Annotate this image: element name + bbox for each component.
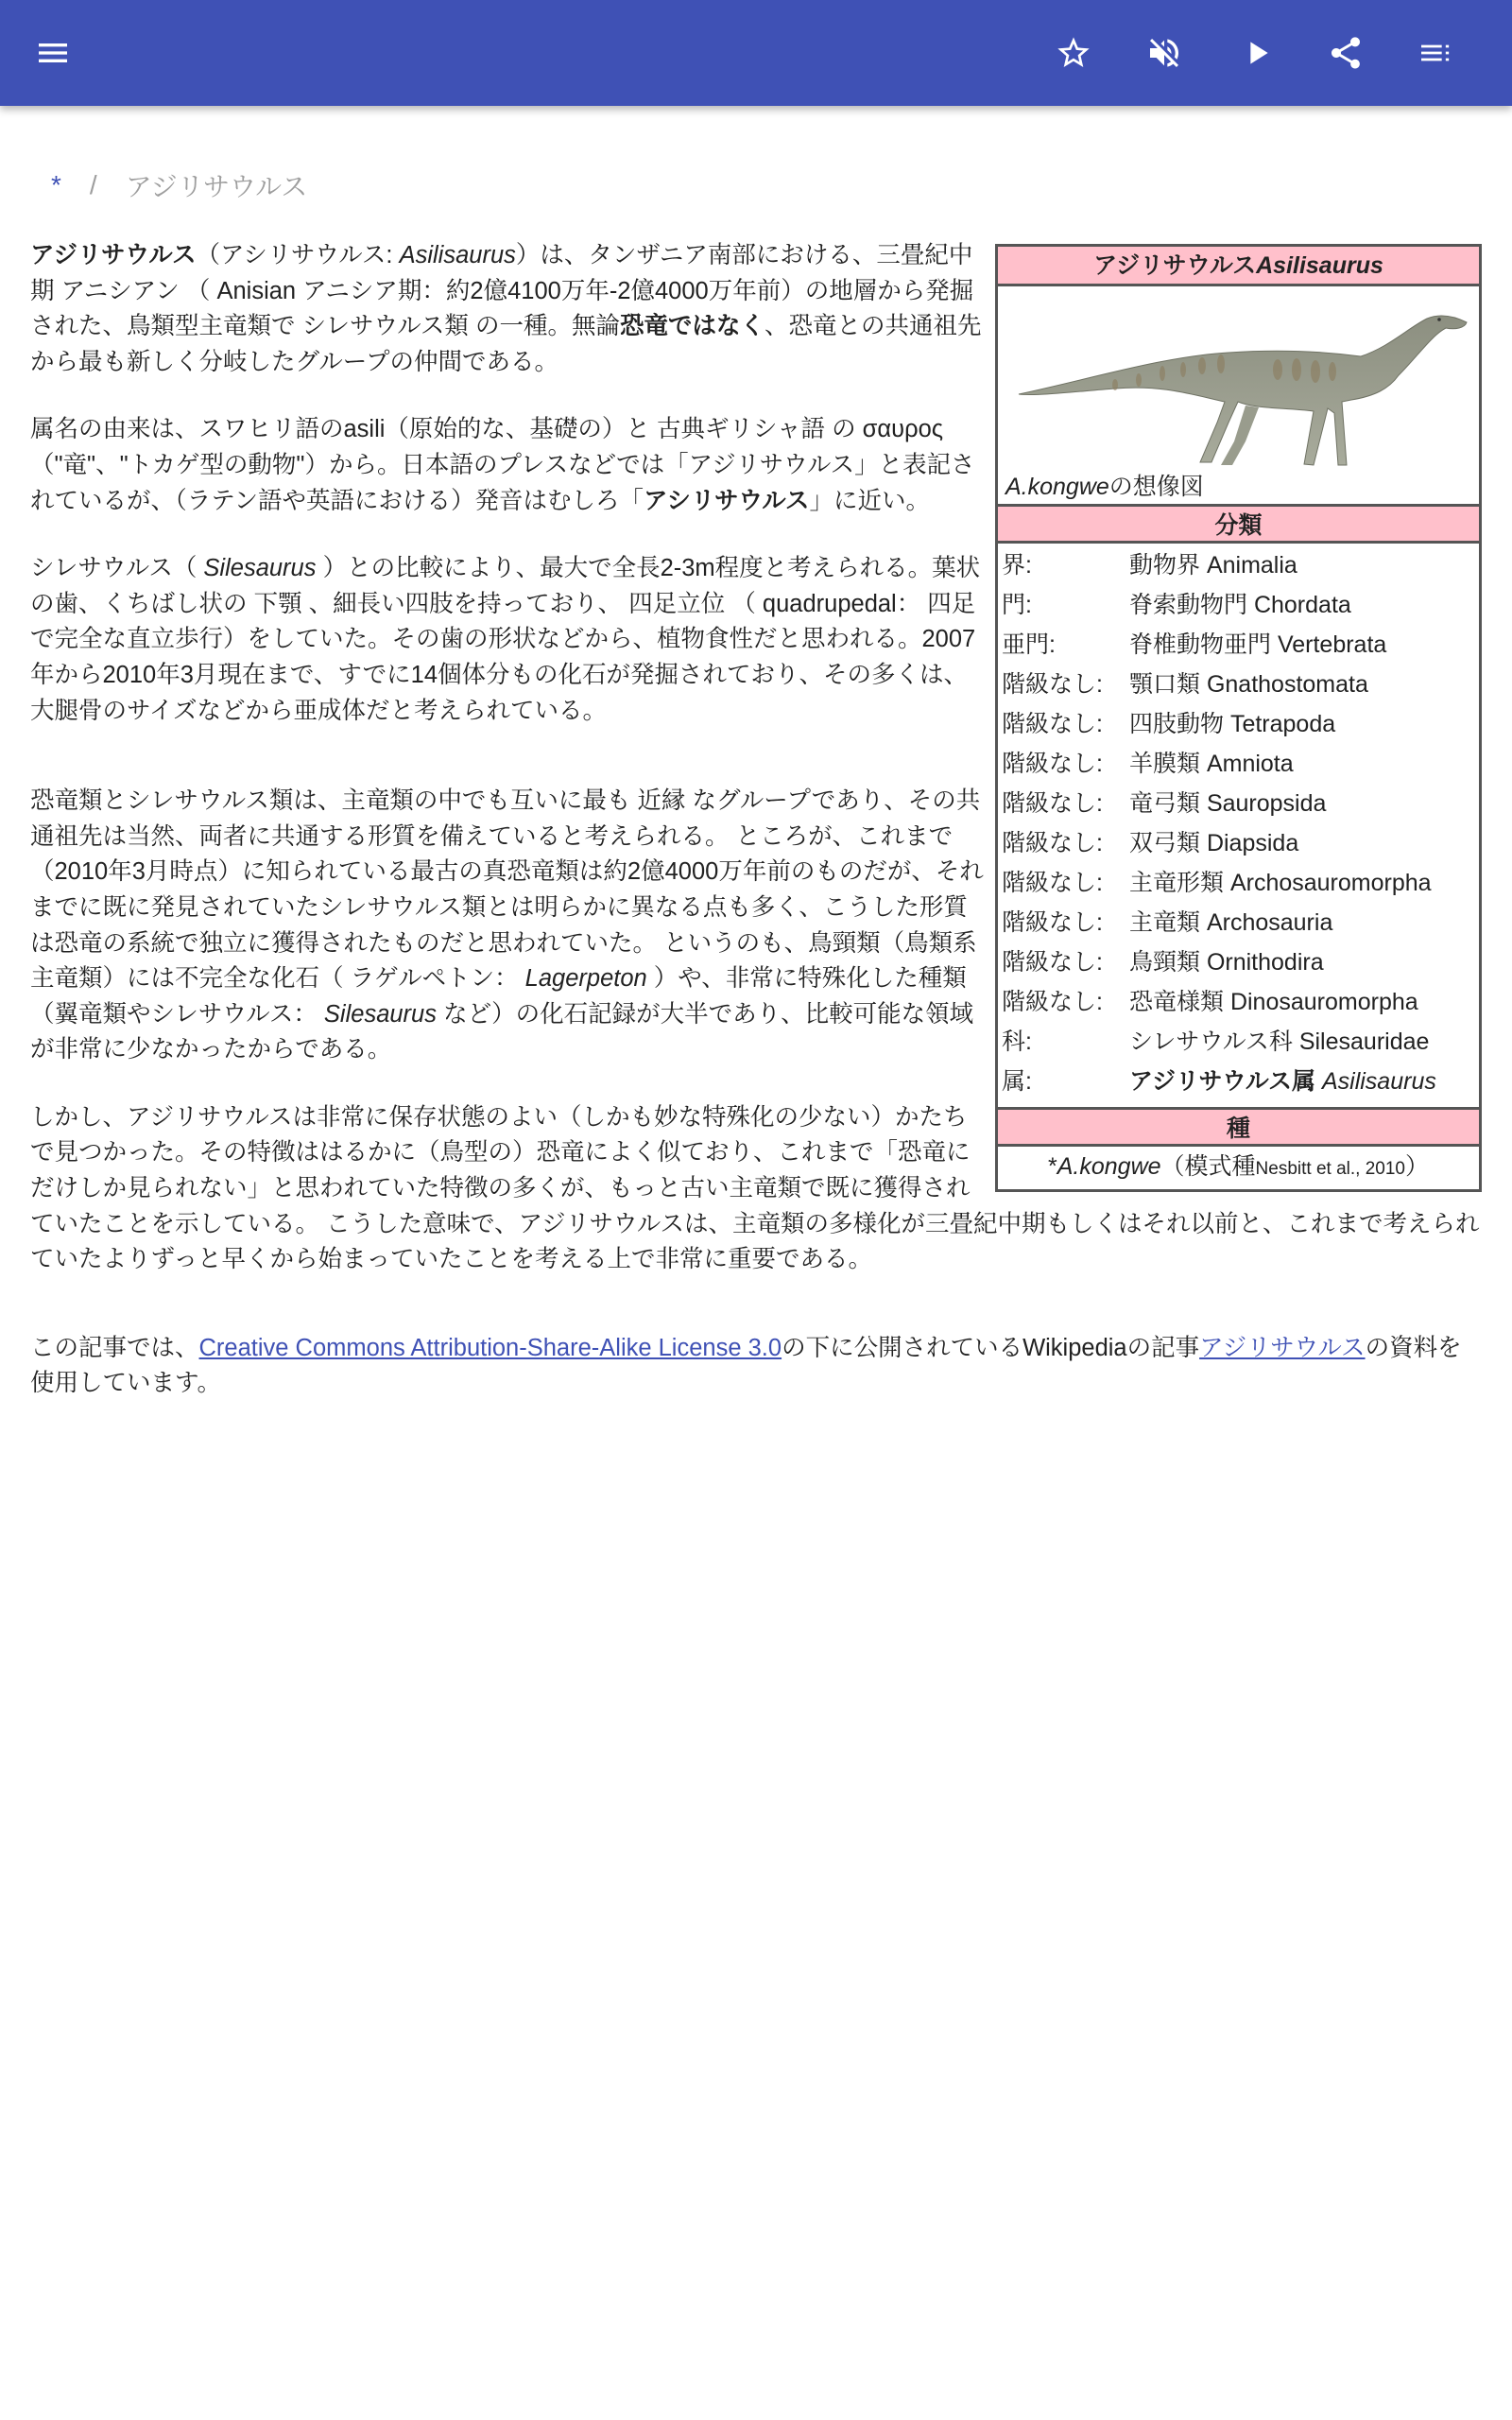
classification-row: 階級なし:恐竜様類 Dinosauromorpha: [1002, 982, 1475, 1022]
taxobox: アジリサウルスAsilisaurus: [995, 244, 1482, 1192]
play-icon: [1238, 34, 1276, 72]
classification-row: 階級なし:四肢動物 Tetrapoda: [1002, 704, 1475, 744]
wikipedia-article-link[interactable]: アジリサウルス: [1199, 1335, 1365, 1361]
app-toolbar: [0, 0, 1512, 106]
playlist-icon: [1417, 34, 1454, 72]
classification-row: 階級なし:鳥頸類 Ornithodira: [1002, 942, 1475, 982]
classification-header: 分類: [998, 504, 1479, 544]
favorite-button[interactable]: [1047, 26, 1100, 79]
species-header: 種: [998, 1107, 1479, 1147]
license-note: この記事では、Creative Commons Attribution-Shar…: [30, 1310, 1482, 1402]
hamburger-menu-icon: [34, 34, 72, 72]
contents-button[interactable]: [1409, 26, 1462, 79]
species-entry: *A.kongwe（模式種Nesbitt et al., 2010）: [998, 1147, 1479, 1189]
classification-row: 界:動物界 Animalia: [1002, 545, 1475, 585]
classification-row: 科:シレサウルス科 Silesauridae: [1002, 1022, 1475, 1062]
menu-button[interactable]: [26, 26, 79, 79]
taxobox-image[interactable]: A.kongweの想像図: [998, 286, 1479, 504]
article-content: アジリサウルスAsilisaurus: [30, 238, 1482, 1434]
mute-button[interactable]: [1138, 26, 1191, 79]
taxobox-title: アジリサウルスAsilisaurus: [998, 247, 1479, 286]
classification-row: 階級なし:顎口類 Gnathostomata: [1002, 665, 1475, 704]
dinosaur-illustration: [1002, 290, 1474, 470]
breadcrumb-home-link[interactable]: *: [51, 170, 61, 200]
classification-row: 階級なし:主竜類 Archosauria: [1002, 903, 1475, 942]
classification-row: 亜門:脊椎動物亜門 Vertebrata: [1002, 625, 1475, 665]
classification-row-genus: 属:アジリサウルス属 Asilisaurus: [1002, 1062, 1475, 1101]
classification-row: 階級なし:主竜形類 Archosauromorpha: [1002, 863, 1475, 903]
volume-off-icon: [1145, 34, 1183, 72]
classification-row: 階級なし:双弓類 Diapsida: [1002, 823, 1475, 863]
license-link[interactable]: Creative Commons Attribution-Share-Alike…: [199, 1335, 782, 1361]
taxobox-image-caption: A.kongweの想像図: [1002, 470, 1475, 504]
classification-row: 階級なし:羊膜類 Amniota: [1002, 744, 1475, 784]
classification-row: 門:脊索動物門 Chordata: [1002, 585, 1475, 625]
breadcrumb-current: アジリサウルス: [126, 166, 308, 204]
classification-row: 階級なし:竜弓類 Sauropsida: [1002, 784, 1475, 823]
play-button[interactable]: [1230, 26, 1283, 79]
share-button[interactable]: [1319, 26, 1372, 79]
share-icon: [1327, 34, 1365, 72]
classification-table: 界:動物界 Animalia 門:脊索動物門 Chordata 亜門:脊椎動物亜…: [998, 544, 1479, 1107]
star-outline-icon: [1055, 34, 1092, 72]
breadcrumb: * / アジリサウルス: [51, 166, 307, 204]
breadcrumb-separator: /: [90, 170, 97, 200]
